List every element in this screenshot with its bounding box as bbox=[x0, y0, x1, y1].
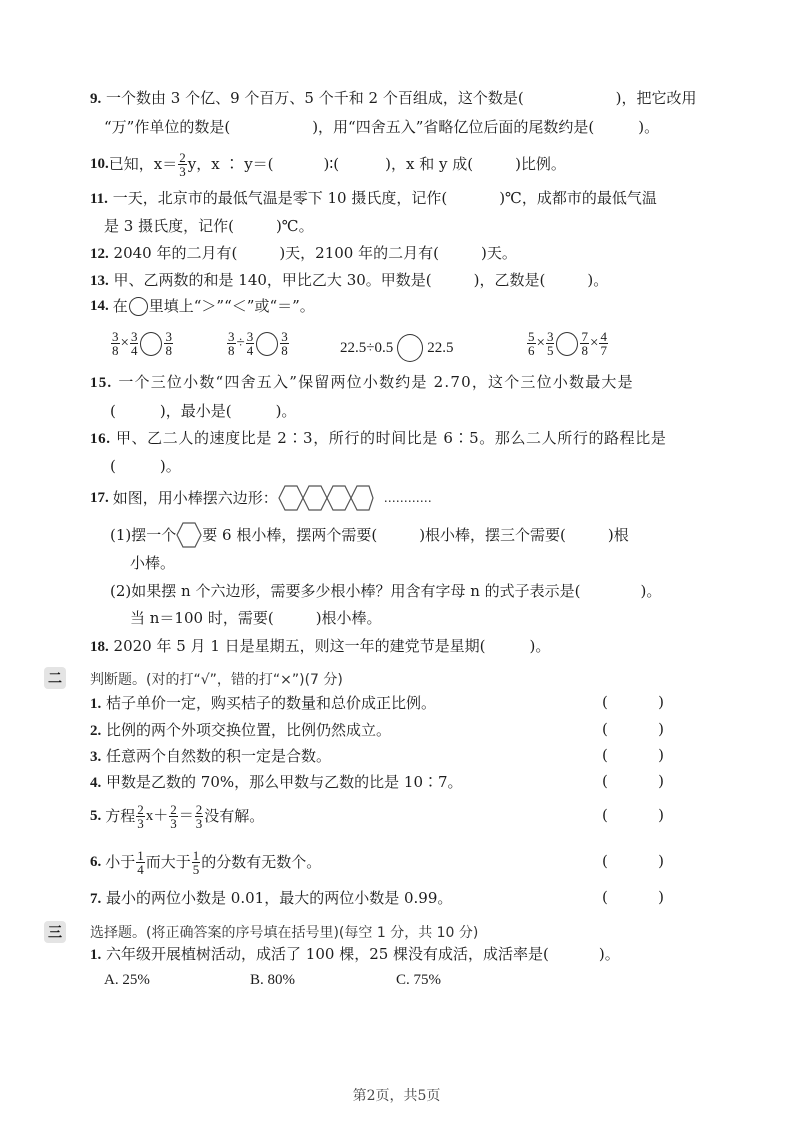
paren-open: ( bbox=[602, 720, 608, 738]
operator: ÷ bbox=[237, 335, 245, 352]
question-text: 里填上“＞”“＜”或“＝”。 bbox=[149, 296, 315, 316]
question-14: 14. 在里填上“＞”“＜”或“＝”。 bbox=[90, 296, 315, 316]
question-text: )。 bbox=[587, 271, 608, 289]
paren-open: ( bbox=[602, 693, 608, 711]
section-badge: 二 bbox=[44, 667, 66, 689]
question-number: 18. bbox=[90, 639, 109, 655]
compare-circle-input[interactable] bbox=[397, 334, 423, 362]
fraction-numerator: 3 bbox=[164, 330, 173, 343]
fraction-denominator: 5 bbox=[546, 343, 555, 357]
question-text: 甲、乙二人的速度比是 2∶3，所行的时间比是 6∶5。那么二人所行的路程比是 bbox=[116, 429, 667, 447]
fraction: 47 bbox=[599, 330, 608, 357]
question-17-part2-cont: 当 n＝100 时，需要()根小棒。 bbox=[130, 608, 382, 628]
paren-open: ( bbox=[602, 888, 608, 906]
question-11-line2: 是 3 摄氏度，记作()℃。 bbox=[104, 216, 314, 236]
question-text: ＝ bbox=[179, 806, 194, 826]
question-number: 15. bbox=[90, 375, 112, 391]
compare-circle-input[interactable] bbox=[556, 332, 578, 356]
comparison-1: 38 × 34 38 bbox=[110, 330, 174, 357]
judge-item-2: 2. 比例的两个外项交换位置，比例仍然成立。 bbox=[90, 720, 391, 741]
expression-left: 22.5÷0.5 bbox=[340, 340, 393, 357]
question-text: 而大于 bbox=[146, 852, 191, 872]
judge-item-7: 7. 最小的两位小数是 0.01，最大的两位小数是 0.99。 bbox=[90, 888, 452, 909]
question-number: 11. bbox=[90, 191, 108, 207]
question-text: )。 bbox=[638, 118, 659, 136]
fraction-denominator: 8 bbox=[227, 343, 236, 357]
operator: × bbox=[121, 335, 129, 352]
question-text: 方程 bbox=[105, 806, 135, 826]
comparison-2: 38 ÷ 34 38 bbox=[226, 330, 290, 357]
fraction-numerator: 3 bbox=[280, 330, 289, 343]
fraction: 38 bbox=[111, 330, 120, 357]
question-text: )。 bbox=[599, 945, 620, 963]
fraction-numerator: 3 bbox=[130, 330, 139, 343]
question-text: (1)摆一个 bbox=[110, 525, 176, 545]
question-16-line2: ()。 bbox=[110, 456, 181, 476]
question-text: 六年级开展植树活动，成活了 100 棵，25 棵没有成活，成活率是( bbox=[106, 945, 549, 963]
question-text: 如图，用小棒摆六边形： bbox=[113, 488, 278, 508]
fraction-numerator: 2 bbox=[195, 803, 204, 816]
fraction-denominator: 8 bbox=[164, 343, 173, 357]
fraction-denominator: 3 bbox=[136, 816, 145, 830]
choice-question-1: 1. 六年级开展植树活动，成活了 100 棵，25 棵没有成活，成活率是()。 bbox=[90, 944, 620, 965]
compare-circle-input[interactable] bbox=[140, 332, 162, 356]
fraction: 23 bbox=[195, 803, 204, 830]
paren-open: ( bbox=[602, 806, 608, 824]
fraction-denominator: 4 bbox=[130, 343, 139, 357]
hexagon-chain-icon bbox=[278, 484, 374, 512]
question-text: 小棒。 bbox=[130, 554, 175, 572]
question-number: 16. bbox=[90, 431, 111, 447]
question-text: 小于 bbox=[105, 852, 135, 872]
page-number: 第2页，共5页 bbox=[0, 1085, 793, 1105]
question-17-intro: 17. 如图，用小棒摆六边形： ………… bbox=[90, 484, 432, 512]
question-number: 13. bbox=[90, 273, 109, 289]
circle-icon bbox=[129, 297, 148, 316]
judge-item-6: 6. 小于 14 而大于 15 的分数有无数个。 bbox=[90, 846, 321, 878]
question-text: )℃，成都市的最低气温 bbox=[499, 189, 657, 207]
question-text: 桔子单价一定，购买桔子的数量和总价成正比例。 bbox=[106, 694, 436, 712]
judge-item-1: 1. 桔子单价一定，购买桔子的数量和总价成正比例。 bbox=[90, 693, 436, 714]
option-c[interactable]: C. 75% bbox=[396, 972, 441, 989]
fraction-denominator: 3 bbox=[169, 816, 178, 830]
fraction: 56 bbox=[527, 330, 536, 357]
section-title: 选择题。(将正确答案的序号填在括号里)(每空 1 分，共 10 分) bbox=[90, 922, 478, 942]
question-text: 没有解。 bbox=[204, 806, 264, 826]
question-number: 9. bbox=[90, 91, 101, 107]
question-17-part1: (1)摆一个 要 6 根小棒，摆两个需要()根小棒，摆三个需要()根 bbox=[110, 521, 629, 549]
fraction: 38 bbox=[280, 330, 289, 357]
fraction-denominator: 3 bbox=[195, 816, 204, 830]
fraction: 78 bbox=[580, 330, 589, 357]
judge-answer-6[interactable]: () bbox=[602, 852, 664, 870]
question-12: 12. 2040 年的二月有()天，2100 年的二月有()天。 bbox=[90, 243, 517, 264]
question-number: 12. bbox=[90, 246, 109, 262]
question-text: )。 bbox=[641, 582, 662, 600]
judge-answer-3[interactable]: () bbox=[602, 746, 664, 764]
fraction: 23 bbox=[169, 803, 178, 830]
question-text: )℃。 bbox=[276, 217, 314, 235]
fraction-numerator: 2 bbox=[169, 803, 178, 816]
question-number: 4. bbox=[90, 775, 101, 791]
fraction: 38 bbox=[164, 330, 173, 357]
judge-item-4: 4. 甲数是乙数的 70%，那么甲数与乙数的比是 10∶7。 bbox=[90, 772, 463, 793]
question-number: 14. bbox=[90, 296, 109, 316]
question-text: 一个三位小数“四舍五入”保留两位小数约是 2.70，这个三位小数最大是 bbox=[118, 373, 634, 391]
question-13: 13. 甲、乙两数的和是 140，甲比乙大 30。甲数是()，乙数是()。 bbox=[90, 270, 608, 291]
question-text: )∶( bbox=[324, 154, 340, 174]
question-text: (2)如果摆 n 个六边形，需要多少根小棒？用含有字母 n 的式子表示是( bbox=[110, 582, 581, 600]
fraction: 14 bbox=[136, 849, 145, 876]
judge-answer-7[interactable]: () bbox=[602, 888, 664, 906]
question-text: 2040 年的二月有( bbox=[114, 244, 238, 262]
fraction-denominator: 4 bbox=[136, 862, 145, 876]
question-number: 10. bbox=[90, 154, 109, 174]
question-text: )，把它改用 bbox=[616, 89, 697, 107]
fraction-numerator: 3 bbox=[227, 330, 236, 343]
question-text: 已知，x＝ bbox=[109, 154, 177, 174]
question-text: )。 bbox=[276, 402, 297, 420]
question-text: 最小的两位小数是 0.01，最大的两位小数是 0.99。 bbox=[106, 889, 452, 907]
question-text: “万”作单位的数是( bbox=[104, 118, 230, 136]
question-text: 甲、乙两数的和是 140，甲比乙大 30。甲数是( bbox=[114, 271, 432, 289]
fraction: 23 bbox=[136, 803, 145, 830]
fraction-numerator: 3 bbox=[246, 330, 255, 343]
fraction: 34 bbox=[130, 330, 139, 357]
section-title: 判断题。(对的打“√”，错的打“×”)(7 分) bbox=[90, 669, 343, 689]
question-text: 比例的两个外项交换位置，比例仍然成立。 bbox=[106, 721, 391, 739]
question-9-line1: 9. 一个数由 3 个亿、9 个百万、5 个千和 2 个百组成，这个数是()，把… bbox=[90, 88, 697, 109]
question-text: 当 n＝100 时，需要( bbox=[130, 609, 274, 627]
judge-answer-1[interactable]: () bbox=[602, 693, 664, 711]
fraction-numerator: 2 bbox=[178, 151, 187, 164]
question-text: 要 6 根小棒，摆两个需要( bbox=[202, 525, 377, 545]
question-17-part2: (2)如果摆 n 个六边形，需要多少根小棒？用含有字母 n 的式子表示是()。 bbox=[110, 581, 661, 601]
question-text: ( bbox=[110, 402, 116, 420]
question-text: )根 bbox=[608, 525, 629, 545]
question-text: 一天，北京市的最低气温是零下 10 摄氏度，记作( bbox=[113, 189, 447, 207]
judge-item-5: 5. 方程 23 x＋ 23 ＝ 23 没有解。 bbox=[90, 800, 264, 832]
question-text: x＋ bbox=[146, 806, 169, 826]
question-text: )，最小是( bbox=[160, 402, 232, 420]
fraction: 35 bbox=[546, 330, 555, 357]
question-18: 18. 2020 年 5 月 1 日是星期五，则这一年的建党节是星期()。 bbox=[90, 636, 550, 657]
judge-answer-2[interactable]: () bbox=[602, 720, 664, 738]
question-text: y，x ∶ y＝( bbox=[188, 154, 274, 174]
question-9-line2: “万”作单位的数是()，用“四舍五入”省略亿位后面的尾数约是()。 bbox=[104, 117, 659, 137]
question-text: )，乙数是( bbox=[474, 271, 546, 289]
question-text: )根小棒，摆三个需要( bbox=[419, 525, 566, 545]
judge-item-3: 3. 任意两个自然数的积一定是合数。 bbox=[90, 746, 331, 767]
question-text: 的分数有无数个。 bbox=[201, 852, 321, 872]
fraction: 34 bbox=[246, 330, 255, 357]
question-text: )。 bbox=[530, 637, 551, 655]
question-10: 10. 已知，x＝ 23 y，x ∶ y＝()∶()，x 和 y 成()比例。 bbox=[90, 150, 566, 178]
question-text: 一个数由 3 个亿、9 个百万、5 个千和 2 个百组成，这个数是( bbox=[106, 89, 524, 107]
question-text: 任意两个自然数的积一定是合数。 bbox=[106, 747, 331, 765]
fraction-numerator: 1 bbox=[192, 849, 201, 862]
section-badge: 三 bbox=[44, 921, 66, 943]
fraction-numerator: 2 bbox=[136, 803, 145, 816]
question-16-line1: 16. 甲、乙二人的速度比是 2∶3，所行的时间比是 6∶5。那么二人所行的路程… bbox=[90, 428, 666, 449]
question-15-line2: ()，最小是()。 bbox=[110, 401, 296, 421]
question-number: 5. bbox=[90, 806, 101, 826]
question-text: )，x 和 y 成( bbox=[385, 154, 473, 174]
fraction-numerator: 3 bbox=[546, 330, 555, 343]
paren-open: ( bbox=[602, 746, 608, 764]
fraction: 23 bbox=[178, 151, 187, 178]
paren-open: ( bbox=[602, 772, 608, 790]
comparison-4: 56 × 35 78 × 47 bbox=[526, 330, 609, 357]
fraction-numerator: 4 bbox=[599, 330, 608, 343]
choice-options: A. 25% B. 80% C. 75% bbox=[104, 972, 441, 989]
paren-close: ) bbox=[658, 888, 664, 906]
question-text: 是 3 摄氏度，记作( bbox=[104, 217, 234, 235]
paren-close: ) bbox=[658, 852, 664, 870]
question-text: 甲数是乙数的 70%，那么甲数与乙数的比是 10∶7。 bbox=[106, 773, 463, 791]
paren-close: ) bbox=[658, 746, 664, 764]
question-17-part1-cont: 小棒。 bbox=[130, 553, 175, 573]
paren-close: ) bbox=[658, 693, 664, 711]
question-text: )根小棒。 bbox=[316, 609, 382, 627]
question-number: 1. bbox=[90, 696, 101, 712]
fraction-denominator: 4 bbox=[246, 343, 255, 357]
fraction-numerator: 1 bbox=[136, 849, 145, 862]
fraction-numerator: 7 bbox=[580, 330, 589, 343]
fraction-denominator: 5 bbox=[192, 862, 201, 876]
question-text: ( bbox=[110, 457, 116, 475]
option-b[interactable]: B. 80% bbox=[250, 972, 396, 989]
question-text: )天。 bbox=[481, 244, 517, 262]
fraction: 15 bbox=[192, 849, 201, 876]
question-number: 7. bbox=[90, 891, 101, 907]
fraction-denominator: 7 bbox=[599, 343, 608, 357]
operator: × bbox=[590, 335, 598, 352]
judge-answer-4[interactable]: () bbox=[602, 772, 664, 790]
fraction-denominator: 6 bbox=[527, 343, 536, 357]
operator: × bbox=[537, 335, 545, 352]
compare-circle-input[interactable] bbox=[256, 332, 278, 356]
comparison-3: 22.5÷0.5 22.5 bbox=[340, 334, 453, 362]
paren-open: ( bbox=[602, 852, 608, 870]
judge-answer-5[interactable]: () bbox=[602, 806, 664, 824]
fraction-numerator: 5 bbox=[527, 330, 536, 343]
ellipsis: ………… bbox=[384, 488, 432, 508]
fraction-denominator: 3 bbox=[178, 164, 187, 178]
question-number: 3. bbox=[90, 749, 101, 765]
paren-close: ) bbox=[658, 806, 664, 824]
fraction-denominator: 8 bbox=[111, 343, 120, 357]
question-number: 1. bbox=[90, 947, 101, 963]
fraction-denominator: 8 bbox=[280, 343, 289, 357]
hexagon-icon bbox=[176, 521, 202, 549]
question-number: 17. bbox=[90, 488, 109, 508]
question-text: )。 bbox=[160, 457, 181, 475]
expression-right: 22.5 bbox=[427, 340, 453, 357]
question-11-line1: 11. 一天，北京市的最低气温是零下 10 摄氏度，记作()℃，成都市的最低气温 bbox=[90, 188, 657, 209]
paren-close: ) bbox=[658, 772, 664, 790]
question-number: 2. bbox=[90, 723, 101, 739]
question-number: 6. bbox=[90, 852, 101, 872]
question-text: 2020 年 5 月 1 日是星期五，则这一年的建党节是星期( bbox=[114, 637, 486, 655]
paren-close: ) bbox=[658, 720, 664, 738]
fraction: 38 bbox=[227, 330, 236, 357]
option-a[interactable]: A. 25% bbox=[104, 972, 250, 989]
question-text: )比例。 bbox=[515, 154, 566, 174]
question-text: )，用“四舍五入”省略亿位后面的尾数约是( bbox=[312, 118, 594, 136]
fraction-denominator: 8 bbox=[580, 343, 589, 357]
question-15-line1: 15. 一个三位小数“四舍五入”保留两位小数约是 2.70，这个三位小数最大是 bbox=[90, 372, 634, 393]
fraction-numerator: 3 bbox=[111, 330, 120, 343]
question-text: )天，2100 年的二月有( bbox=[279, 244, 439, 262]
question-text: 在 bbox=[113, 296, 128, 316]
